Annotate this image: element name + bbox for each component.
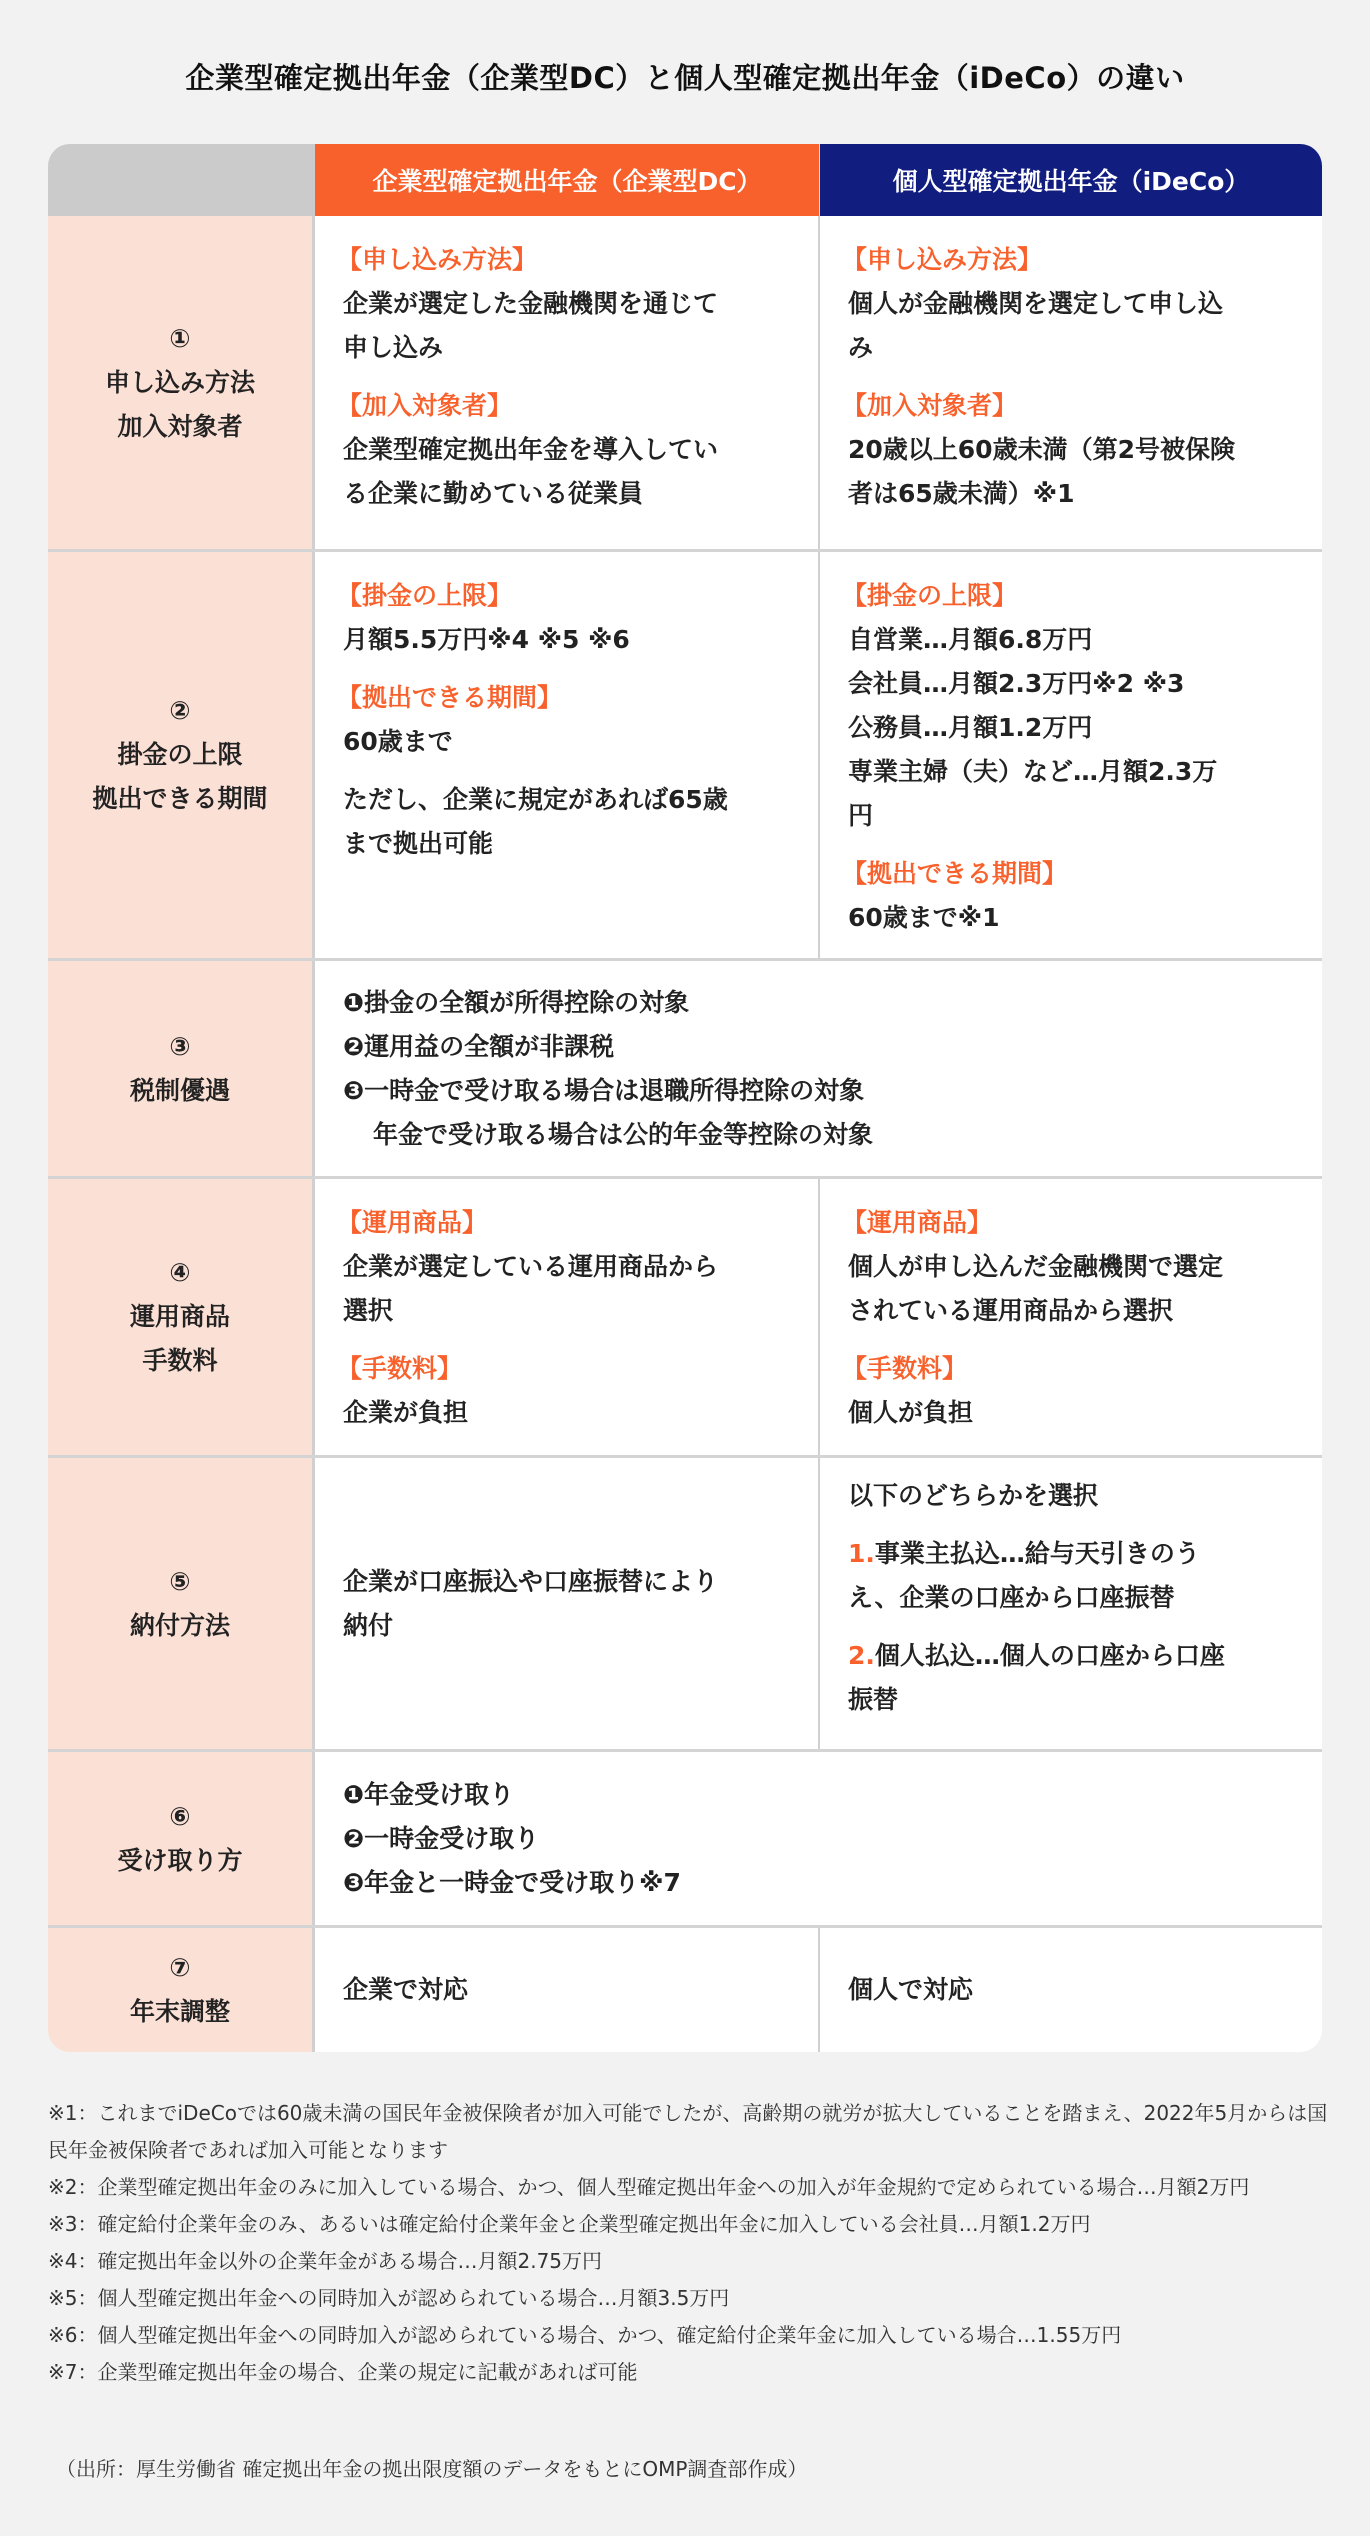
cell-text: 専業主婦（夫）など…月額2.3万 — [848, 750, 1294, 794]
cell-text: 月額5.5万円※4 ※5 ※6 — [343, 618, 790, 662]
row-label-line: 拠出できる期間 — [92, 777, 267, 821]
section-heading: 【拠出できる期間】 — [337, 676, 790, 720]
list-item: ❶掛金の全額が所得控除の対象 — [343, 981, 1294, 1025]
option-number: 1. — [848, 1539, 875, 1568]
cell-text: されている運用商品から選択 — [848, 1289, 1294, 1333]
list-item: ❶年金受け取り — [343, 1773, 1294, 1817]
list-item: ❸一時金で受け取る場合は退職所得控除の対象 — [343, 1069, 1294, 1113]
table-header: 企業型確定拠出年金（企業型DC） 個人型確定拠出年金（iDeCo） — [48, 144, 1322, 216]
cell-text: ただし、企業に規定があれば65歳 — [343, 778, 790, 822]
section-heading: 【加入対象者】 — [337, 384, 790, 428]
cell-text: 個人が負担 — [848, 1391, 1294, 1435]
section-heading: 【申し込み方法】 — [337, 238, 790, 282]
cell-text: 振替 — [848, 1678, 1294, 1722]
ideco-cell: 【運用商品】 個人が申し込んだ金融機関で選定 されている運用商品から選択 【手数… — [820, 1179, 1322, 1455]
corporate-cell: 【申し込み方法】 企業が選定した金融機関を通じて 申し込み 【加入対象者】 企業… — [315, 216, 820, 549]
footnote-3: ※3：確定給付企業年金のみ、あるいは確定給付企業年金と企業型確定拠出年金に加入し… — [48, 2206, 1328, 2243]
shared-cell: ❶掛金の全額が所得控除の対象 ❷運用益の全額が非課税 ❸一時金で受け取る場合は退… — [315, 961, 1322, 1176]
section-heading: 【手数料】 — [337, 1347, 790, 1391]
table-row-year-end: ⑦ 年末調整 企業で対応 個人で対応 — [48, 1925, 1322, 2052]
list-item: ❷運用益の全額が非課税 — [343, 1025, 1294, 1069]
row-label: ② 掛金の上限 拠出できる期間 — [48, 552, 315, 958]
row-label-line: 運用商品 — [130, 1295, 230, 1339]
row-number: ④ — [169, 1251, 190, 1295]
cell-text: 以下のどちらかを選択 — [848, 1474, 1294, 1518]
cell-text: 企業が口座振込や口座振替により — [343, 1560, 790, 1604]
shared-cell: ❶年金受け取り ❷一時金受け取り ❸年金と一時金で受け取り※7 — [315, 1752, 1322, 1925]
number-2-icon: ❷ — [343, 1824, 364, 1853]
row-label-line: 税制優遇 — [130, 1069, 230, 1113]
corporate-cell: 【掛金の上限】 月額5.5万円※4 ※5 ※6 【拠出できる期間】 60歳まで … — [315, 552, 820, 958]
row-label: ① 申し込み方法 加入対象者 — [48, 216, 315, 549]
table-row-products: ④ 運用商品 手数料 【運用商品】 企業が選定している運用商品から 選択 【手数… — [48, 1176, 1322, 1455]
number-3-icon: ❸ — [343, 1868, 364, 1897]
row-label-line: 年末調整 — [130, 1990, 230, 2034]
footnotes: ※1：これまでiDeCoでは60歳未満の国民年金被保険者が加入可能でしたが、高齢… — [48, 2095, 1328, 2391]
cell-text: 個人が金融機関を選定して申し込 — [848, 282, 1294, 326]
section-heading: 【加入対象者】 — [842, 384, 1294, 428]
cell-text: 企業が選定した金融機関を通じて — [343, 282, 790, 326]
list-item: ❷一時金受け取り — [343, 1817, 1294, 1861]
section-heading: 【手数料】 — [842, 1347, 1294, 1391]
page-title: 企業型確定拠出年金（企業型DC）と個人型確定拠出年金（iDeCo）の違い — [0, 56, 1370, 97]
cell-text: 個人で対応 — [848, 1968, 1294, 2012]
cell-text: え、企業の口座から口座振替 — [848, 1576, 1294, 1620]
cell-text: 選択 — [343, 1289, 790, 1333]
section-heading: 【運用商品】 — [842, 1201, 1294, 1245]
cell-text: まで拠出可能 — [343, 822, 790, 866]
cell-text: 60歳まで※1 — [848, 896, 1294, 940]
table-row-contribution: ② 掛金の上限 拠出できる期間 【掛金の上限】 月額5.5万円※4 ※5 ※6 … — [48, 549, 1322, 958]
table-row-payment: ⑤ 納付方法 企業が口座振込や口座振替により 納付 以下のどちらかを選択 1.事… — [48, 1455, 1322, 1749]
row-label-line: 申し込み方法 — [105, 361, 255, 405]
corporate-cell: 企業が口座振込や口座振替により 納付 — [315, 1458, 820, 1749]
section-heading: 【掛金の上限】 — [337, 574, 790, 618]
cell-text: 企業が選定している運用商品から — [343, 1245, 790, 1289]
ideco-cell: 以下のどちらかを選択 1.事業主払込…給与天引きのう え、企業の口座から口座振替… — [820, 1458, 1322, 1749]
cell-text: 企業で対応 — [343, 1968, 790, 2012]
cell-text: 納付 — [343, 1604, 790, 1648]
row-label: ⑥ 受け取り方 — [48, 1752, 315, 1925]
option-number: 2. — [848, 1641, 875, 1670]
option-item: 1.事業主払込…給与天引きのう — [848, 1532, 1294, 1576]
row-label: ⑦ 年末調整 — [48, 1928, 315, 2052]
section-heading: 【運用商品】 — [337, 1201, 790, 1245]
footnote-4: ※4：確定拠出年金以外の企業年金がある場合…月額2.75万円 — [48, 2243, 1328, 2280]
row-number: ⑥ — [169, 1795, 190, 1839]
source-citation: （出所：厚生労働省 確定拠出年金の拠出限度額のデータをもとにOMP調査部作成） — [56, 2453, 807, 2482]
cell-text: 個人が申し込んだ金融機関で選定 — [848, 1245, 1294, 1289]
cell-text: 自営業…月額6.8万円 — [848, 618, 1294, 662]
table-row-receipt: ⑥ 受け取り方 ❶年金受け取り ❷一時金受け取り ❸年金と一時金で受け取り※7 — [48, 1749, 1322, 1925]
corporate-cell: 【運用商品】 企業が選定している運用商品から 選択 【手数料】 企業が負担 — [315, 1179, 820, 1455]
row-label: ④ 運用商品 手数料 — [48, 1179, 315, 1455]
cell-text: 企業が負担 — [343, 1391, 790, 1435]
cell-text: 企業型確定拠出年金を導入してい — [343, 428, 790, 472]
number-2-icon: ❷ — [343, 1032, 364, 1061]
list-item-continuation: 年金で受け取る場合は公的年金等控除の対象 — [343, 1113, 1294, 1157]
header-blank-cell — [48, 144, 315, 216]
row-number: ⑦ — [169, 1946, 190, 1990]
footnote-1: ※1：これまでiDeCoでは60歳未満の国民年金被保険者が加入可能でしたが、高齢… — [48, 2095, 1328, 2169]
header-corporate-dc: 企業型確定拠出年金（企業型DC） — [315, 144, 820, 216]
table-row-tax: ③ 税制優遇 ❶掛金の全額が所得控除の対象 ❷運用益の全額が非課税 ❸一時金で受… — [48, 958, 1322, 1176]
comparison-table: 企業型確定拠出年金（企業型DC） 個人型確定拠出年金（iDeCo） ① 申し込み… — [48, 144, 1322, 2052]
cell-text: 会社員…月額2.3万円※2 ※3 — [848, 662, 1294, 706]
ideco-cell: 個人で対応 — [820, 1928, 1322, 2052]
list-item: ❸年金と一時金で受け取り※7 — [343, 1861, 1294, 1905]
cell-text: 者は65歳未満）※1 — [848, 472, 1294, 516]
number-1-icon: ❶ — [343, 988, 364, 1017]
footnote-5: ※5：個人型確定拠出年金への同時加入が認められている場合…月額3.5万円 — [48, 2280, 1328, 2317]
number-1-icon: ❶ — [343, 1780, 364, 1809]
row-label: ⑤ 納付方法 — [48, 1458, 315, 1749]
row-label: ③ 税制優遇 — [48, 961, 315, 1176]
footnote-7: ※7：企業型確定拠出年金の場合、企業の規定に記載があれば可能 — [48, 2354, 1328, 2391]
row-label-line: 加入対象者 — [117, 405, 242, 449]
footnote-2: ※2：企業型確定拠出年金のみに加入している場合、かつ、個人型確定拠出年金への加入… — [48, 2169, 1328, 2206]
row-label-line: 手数料 — [142, 1339, 217, 1383]
row-label-line: 掛金の上限 — [117, 733, 242, 777]
section-heading: 【申し込み方法】 — [842, 238, 1294, 282]
cell-text: 60歳まで — [343, 720, 790, 764]
corporate-cell: 企業で対応 — [315, 1928, 820, 2052]
option-item: 2.個人払込…個人の口座から口座 — [848, 1634, 1294, 1678]
ideco-cell: 【申し込み方法】 個人が金融機関を選定して申し込 み 【加入対象者】 20歳以上… — [820, 216, 1322, 549]
row-label-line: 納付方法 — [130, 1604, 230, 1648]
section-heading: 【掛金の上限】 — [842, 574, 1294, 618]
section-heading: 【拠出できる期間】 — [842, 852, 1294, 896]
cell-text: 申し込み — [343, 326, 790, 370]
cell-text: 20歳以上60歳未満（第2号被保険 — [848, 428, 1294, 472]
cell-text: み — [848, 326, 1294, 370]
row-number: ② — [169, 689, 190, 733]
cell-text: 円 — [848, 794, 1294, 838]
number-3-icon: ❸ — [343, 1076, 364, 1105]
row-number: ③ — [169, 1025, 190, 1069]
cell-text: る企業に勤めている従業員 — [343, 472, 790, 516]
row-number: ① — [169, 317, 190, 361]
table-row-application: ① 申し込み方法 加入対象者 【申し込み方法】 企業が選定した金融機関を通じて … — [48, 216, 1322, 549]
footnote-6: ※6：個人型確定拠出年金への同時加入が認められている場合、かつ、確定給付企業年金… — [48, 2317, 1328, 2354]
header-ideco: 個人型確定拠出年金（iDeCo） — [820, 144, 1322, 216]
row-number: ⑤ — [169, 1560, 190, 1604]
row-label-line: 受け取り方 — [117, 1839, 242, 1883]
cell-text: 公務員…月額1.2万円 — [848, 706, 1294, 750]
ideco-cell: 【掛金の上限】 自営業…月額6.8万円 会社員…月額2.3万円※2 ※3 公務員… — [820, 552, 1322, 958]
